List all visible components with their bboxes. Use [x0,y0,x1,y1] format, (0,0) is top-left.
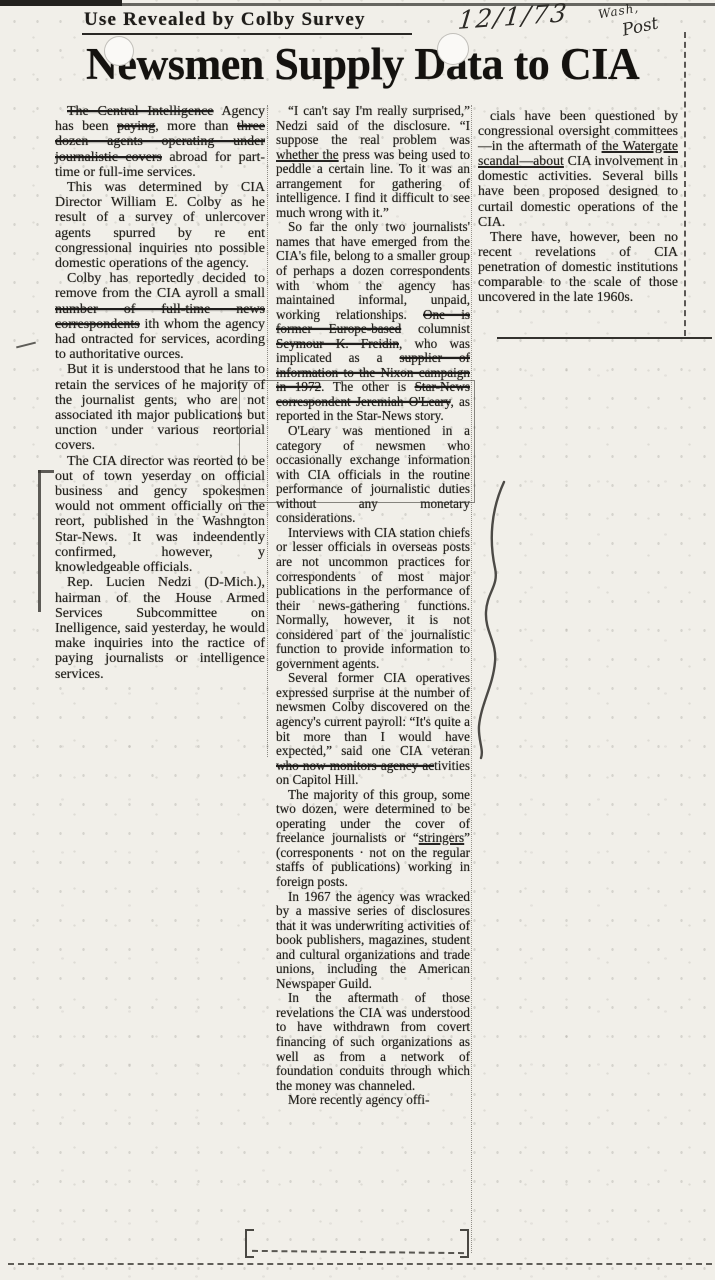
pen-underlined-text: stringers [419,830,464,845]
body-text: In 1967 the agency was wracked by a mass… [276,889,470,991]
handwritten-date: 12/1/73 [457,0,570,35]
body-text: This was determined by CIA Director Will… [55,180,265,271]
paragraph: Interviews with CIA station chiefs or le… [276,526,470,671]
punch-hole-artifact [437,33,469,65]
body-text: Interviews with CIA station chiefs or le… [276,525,470,671]
body-text: Several former CIA operatives expressed … [276,670,470,758]
pen-bracket-left [245,1229,254,1258]
article-column-1: The Central Intelligence Agency has been… [55,104,265,682]
body-text: The CIA director was reorted to be out o… [55,454,265,575]
body-text: Colby has reportedly decided to remove f… [55,271,265,301]
body-text: “I can't say I'm really surprised,” Nedz… [276,103,470,147]
paragraph: There have, however, been no recent reve… [478,229,678,304]
pen-drawn-box-annotation [239,380,475,503]
pen-margin-bracket [38,470,41,612]
body-text: Rep. Lucien Nedzi (D-Mich.), hairman of … [55,575,265,681]
column-3-end-rule [497,337,712,339]
pen-underlined-text: whether the [276,147,339,162]
right-column-rule [684,32,686,336]
body-text: , more than [155,119,237,134]
handwritten-source-post: Post [620,13,660,40]
pen-struck-text: The Central Intelligence [67,104,214,119]
body-text: But it is understood that he lans to ret… [55,362,265,453]
pen-struck-text: who now monitors agency ac [276,758,434,773]
paragraph: Rep. Lucien Nedzi (D-Mich.), hairman of … [55,575,265,681]
main-headline: Newsmen Supply Data to CIA [86,38,680,90]
body-text: There have, however, been no recent reve… [478,229,678,304]
pen-tick-mark [16,342,36,349]
paragraph: In the aftermath of those revelations th… [276,991,470,1093]
pen-margin-bracket-foot [38,470,54,473]
newspaper-clipping-scan: Use Revealed by Colby Survey 12/1/73 Was… [0,0,715,1280]
scan-top-edge-heavy-segment [0,0,122,6]
kicker-headline: Use Revealed by Colby Survey [84,9,424,31]
paragraph: The majority of this group, some two doz… [276,788,470,890]
body-text: More recently agency offi- [288,1092,429,1107]
article-column-3: cials have been questioned by congressio… [478,108,678,304]
paragraph: cials have been questioned by congressio… [478,108,678,229]
paragraph: Colby has reportedly decided to remove f… [55,271,265,362]
article-column-2: “I can't say I'm really surprised,” Nedz… [276,104,470,1108]
paragraph: Several former CIA operatives expressed … [276,671,470,787]
paragraph: More recently agency offi- [276,1093,470,1108]
pen-struck-text: paying [117,119,155,134]
punch-hole-artifact [104,36,134,66]
pen-struck-text: Seymour K. Freidin [276,336,399,351]
paragraph: In 1967 the agency was wracked by a mass… [276,890,470,992]
paragraph: But it is understood that he lans to ret… [55,362,265,453]
paragraph: The CIA director was reorted to be out o… [55,454,265,576]
pen-brace-squiggle [472,478,516,762]
bottom-dashed-rule [8,1263,712,1265]
body-text: In the aftermath of those revelations th… [276,990,470,1092]
pen-dashed-underline [252,1250,464,1254]
paragraph: “I can't say I'm really surprised,” Nedz… [276,104,470,220]
paragraph: The Central Intelligence Agency has been… [55,104,265,180]
paragraph: This was determined by CIA Director Will… [55,180,265,271]
body-text: columnist [401,321,470,336]
kicker-underline-rule [82,33,412,35]
